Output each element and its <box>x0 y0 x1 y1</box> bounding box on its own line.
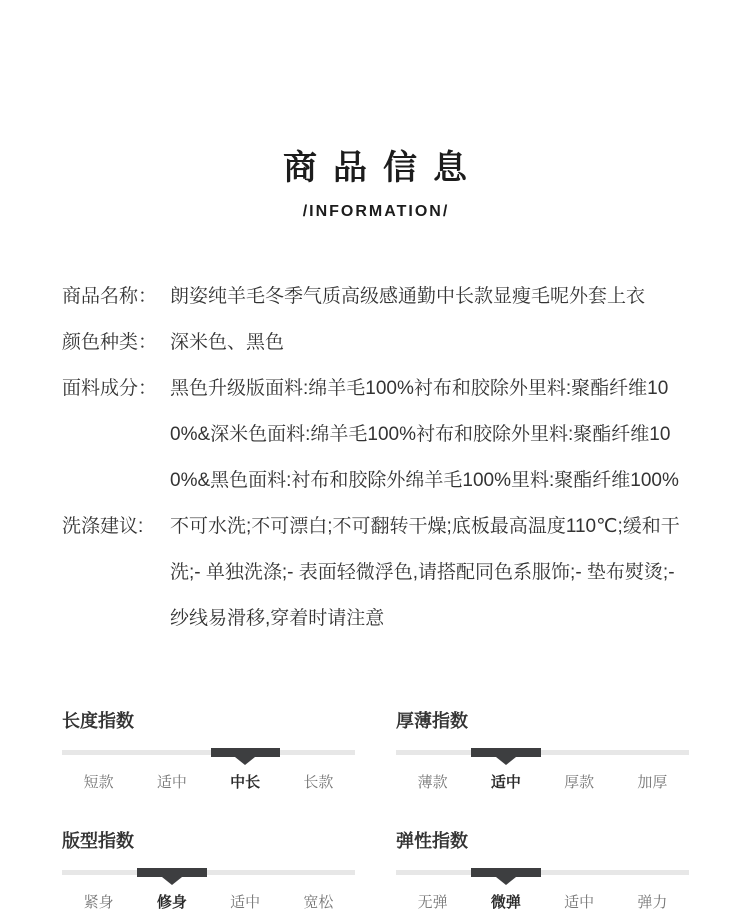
detail-line: 朗姿纯羊毛冬季气质高级感通勤中长款显瘦毛呢外套上衣 <box>170 274 750 320</box>
indicator-elasticity-index: 弹性指数无弹微弹适中弹力 <box>396 830 689 913</box>
detail-line: 纱线易滑移,穿着时请注意 <box>170 596 750 642</box>
indicator-length-index: 长度指数短款适中中长长款 <box>62 710 355 793</box>
detail-row-color-options: 颜色种类：深米色、黑色 <box>62 320 750 366</box>
indicator-option-selected: 适中 <box>469 772 542 793</box>
detail-row-product-name: 商品名称：朗姿纯羊毛冬季气质高级感通勤中长款显瘦毛呢外套上衣 <box>62 274 750 320</box>
detail-row-washing-advice: 洗涤建议:不可水洗;不可漂白;不可翻转干燥;底板最高温度110℃;缓和干洗;- … <box>62 504 750 642</box>
detail-value-washing-advice: 不可水洗;不可漂白;不可翻转干燥;底板最高温度110℃;缓和干洗;- 单独洗涤;… <box>170 504 750 642</box>
info-header: 商品信息 /INFORMATION/ <box>0 0 750 222</box>
detail-value-product-name: 朗姿纯羊毛冬季气质高级感通勤中长款显瘦毛呢外套上衣 <box>170 274 750 320</box>
slider-arrow-down-icon <box>235 757 255 765</box>
slider-arrow-down-icon <box>496 757 516 765</box>
page-subtitle: /INFORMATION/ <box>0 202 750 222</box>
detail-line: 黑色升级版面料:绵羊毛100%衬布和胶除外里料:聚酯纤维10 <box>170 366 750 412</box>
slider-arrow-down-icon <box>496 877 516 885</box>
indicator-fit-index: 版型指数紧身修身适中宽松 <box>62 830 355 913</box>
indicator-thickness-index: 厚薄指数薄款适中厚款加厚 <box>396 710 689 793</box>
indicator-slider-length-index <box>62 750 355 755</box>
product-info-page: 商品信息 /INFORMATION/ 商品名称：朗姿纯羊毛冬季气质高级感通勤中长… <box>0 0 750 923</box>
indicator-grid: 长度指数短款适中中长长款厚薄指数薄款适中厚款加厚版型指数紧身修身适中宽松弹性指数… <box>62 710 750 913</box>
detail-line: 不可水洗;不可漂白;不可翻转干燥;底板最高温度110℃;缓和干 <box>170 504 750 550</box>
product-details: 商品名称：朗姿纯羊毛冬季气质高级感通勤中长款显瘦毛呢外套上衣颜色种类：深米色、黑… <box>62 274 750 642</box>
detail-label-product-name: 商品名称： <box>62 274 170 320</box>
detail-row-fabric-composition: 面料成分：黑色升级版面料:绵羊毛100%衬布和胶除外里料:聚酯纤维100%&深米… <box>62 366 750 504</box>
indicator-slider-fit-index <box>62 870 355 875</box>
detail-value-color-options: 深米色、黑色 <box>170 320 750 366</box>
indicator-option-selected: 修身 <box>135 892 208 913</box>
indicator-option-selected: 微弹 <box>469 892 542 913</box>
indicator-option: 适中 <box>209 892 282 913</box>
indicator-option: 长款 <box>282 772 355 793</box>
indicator-option-selected: 中长 <box>209 772 282 793</box>
indicator-option: 紧身 <box>62 892 135 913</box>
indicator-option: 厚款 <box>543 772 616 793</box>
indicator-option: 适中 <box>543 892 616 913</box>
detail-label-washing-advice: 洗涤建议: <box>62 504 170 550</box>
indicator-option: 短款 <box>62 772 135 793</box>
indicator-slider-thickness-index <box>396 750 689 755</box>
page-title: 商品信息 <box>0 146 750 190</box>
indicator-title-elasticity-index: 弹性指数 <box>396 830 689 852</box>
indicator-options-length-index: 短款适中中长长款 <box>62 772 355 793</box>
indicator-option: 宽松 <box>282 892 355 913</box>
indicator-option: 加厚 <box>616 772 689 793</box>
detail-line: 0%&黑色面料:衬布和胶除外绵羊毛100%里料:聚酯纤维100% <box>170 458 750 504</box>
slider-selected-segment <box>471 868 540 877</box>
indicator-options-thickness-index: 薄款适中厚款加厚 <box>396 772 689 793</box>
indicator-options-elasticity-index: 无弹微弹适中弹力 <box>396 892 689 913</box>
slider-selected-segment <box>137 868 206 877</box>
indicator-options-fit-index: 紧身修身适中宽松 <box>62 892 355 913</box>
indicator-title-length-index: 长度指数 <box>62 710 355 732</box>
slider-selected-segment <box>471 748 540 757</box>
slider-arrow-down-icon <box>162 877 182 885</box>
indicator-title-fit-index: 版型指数 <box>62 830 355 852</box>
detail-line: 深米色、黑色 <box>170 320 750 366</box>
indicator-title-thickness-index: 厚薄指数 <box>396 710 689 732</box>
detail-line: 0%&深米色面料:绵羊毛100%衬布和胶除外里料:聚酯纤维10 <box>170 412 750 458</box>
indicator-option: 适中 <box>135 772 208 793</box>
indicator-option: 弹力 <box>616 892 689 913</box>
detail-value-fabric-composition: 黑色升级版面料:绵羊毛100%衬布和胶除外里料:聚酯纤维100%&深米色面料:绵… <box>170 366 750 504</box>
detail-line: 洗;- 单独洗涤;- 表面轻微浮色,请搭配同色系服饰;- 垫布熨烫;- <box>170 550 750 596</box>
detail-label-fabric-composition: 面料成分： <box>62 366 170 412</box>
indicator-option: 薄款 <box>396 772 469 793</box>
indicator-slider-elasticity-index <box>396 870 689 875</box>
slider-selected-segment <box>211 748 280 757</box>
indicator-option: 无弹 <box>396 892 469 913</box>
detail-label-color-options: 颜色种类： <box>62 320 170 366</box>
